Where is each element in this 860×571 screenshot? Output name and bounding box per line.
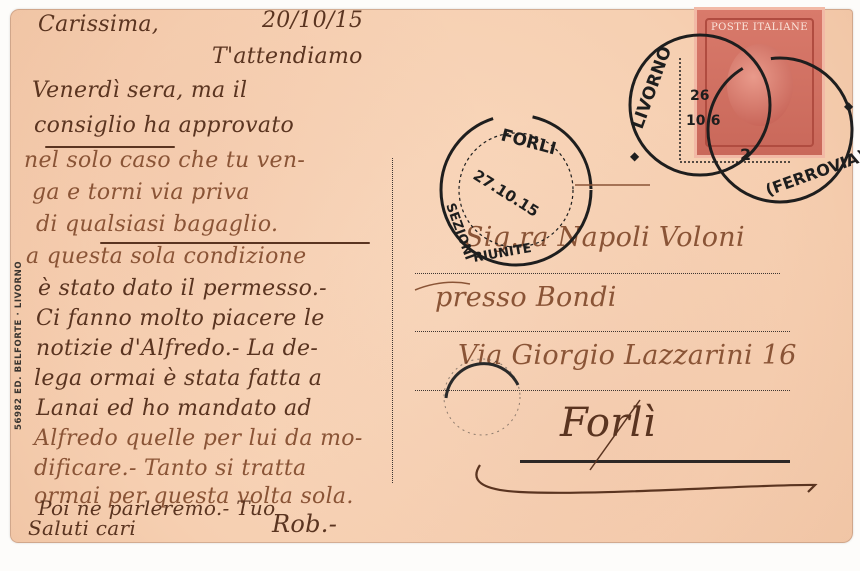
message-date: 20/10/15 (262, 8, 363, 33)
message-line: Ci fanno molto piacere le (36, 306, 325, 331)
address-line-2 (415, 331, 790, 332)
stamp-portrait-icon (727, 44, 793, 126)
message-line: lega ormai è stata fatta a (34, 366, 322, 391)
postage-stamp: POSTE ITALIANE (697, 10, 822, 155)
message-line: ga e torni via priva (32, 180, 250, 205)
message-line: dificare.- Tanto si tratta (34, 456, 306, 481)
vertical-divider (392, 158, 393, 483)
message-line: T'attendiamo (212, 44, 363, 69)
message-line: è stato dato il permesso.- (38, 276, 327, 301)
message-line: a questa sola condizione (26, 244, 306, 269)
address-recipient: Sig.ra Napoli Voloni (465, 222, 745, 253)
address-line-city (520, 460, 790, 463)
publisher-imprint: 56982 ED. BELFORTE · LIVORNO (14, 261, 24, 430)
address-line-1 (415, 273, 780, 274)
salutation: Carissima, (38, 12, 159, 37)
address-line-3 (415, 390, 790, 391)
message-line: di qualsiasi bagaglio. (36, 212, 278, 237)
message-line: consiglio ha approvato (34, 113, 294, 138)
signature: Rob.- (272, 510, 337, 538)
message-line: notizie d'Alfredo.- La de- (36, 336, 318, 361)
stamp-label: POSTE ITALIANE (697, 22, 822, 33)
address-city: Forlì (560, 400, 656, 446)
message-line: Venerdì sera, ma il (32, 78, 247, 103)
closing: Saluti cari (28, 516, 136, 540)
message-line: Lanai ed ho mandato ad (36, 396, 312, 421)
message-line: nel solo caso che tu ven- (24, 148, 305, 173)
message-line: Alfredo quelle per lui da mo- (34, 426, 363, 451)
address-care-of: presso Bondi (435, 282, 617, 313)
address-street: Via Giorgio Lazzarini 16 (458, 340, 797, 371)
